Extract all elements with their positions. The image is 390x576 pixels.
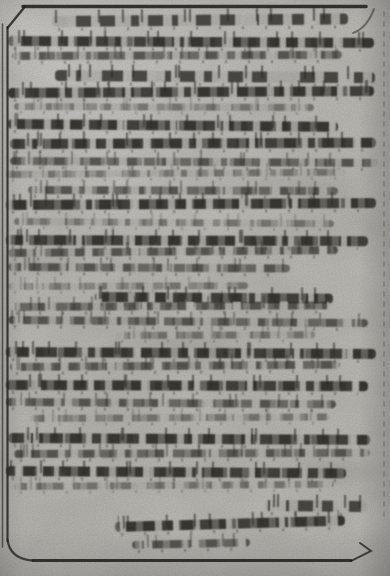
handwriting-line	[10, 361, 340, 371]
signature-line	[132, 539, 250, 549]
handwriting-line	[12, 51, 342, 60]
handwriting-line	[14, 218, 334, 227]
signature-line	[115, 516, 345, 532]
handwriting-line	[115, 331, 315, 339]
handwriting-line	[8, 246, 338, 257]
handwriting-line	[14, 449, 370, 458]
handwriting-line	[6, 198, 376, 210]
handwriting-line	[8, 263, 290, 272]
handwriting-line	[14, 103, 314, 111]
document-scan	[0, 0, 390, 576]
handwriting-line	[14, 481, 334, 490]
handwriting-text-block	[0, 0, 390, 576]
handwriting-line	[6, 169, 346, 178]
handwriting-line	[8, 119, 338, 132]
handwriting-line	[30, 413, 330, 422]
handwriting-line	[52, 13, 348, 27]
handwriting-line	[10, 138, 376, 149]
handwriting-line	[6, 380, 368, 391]
